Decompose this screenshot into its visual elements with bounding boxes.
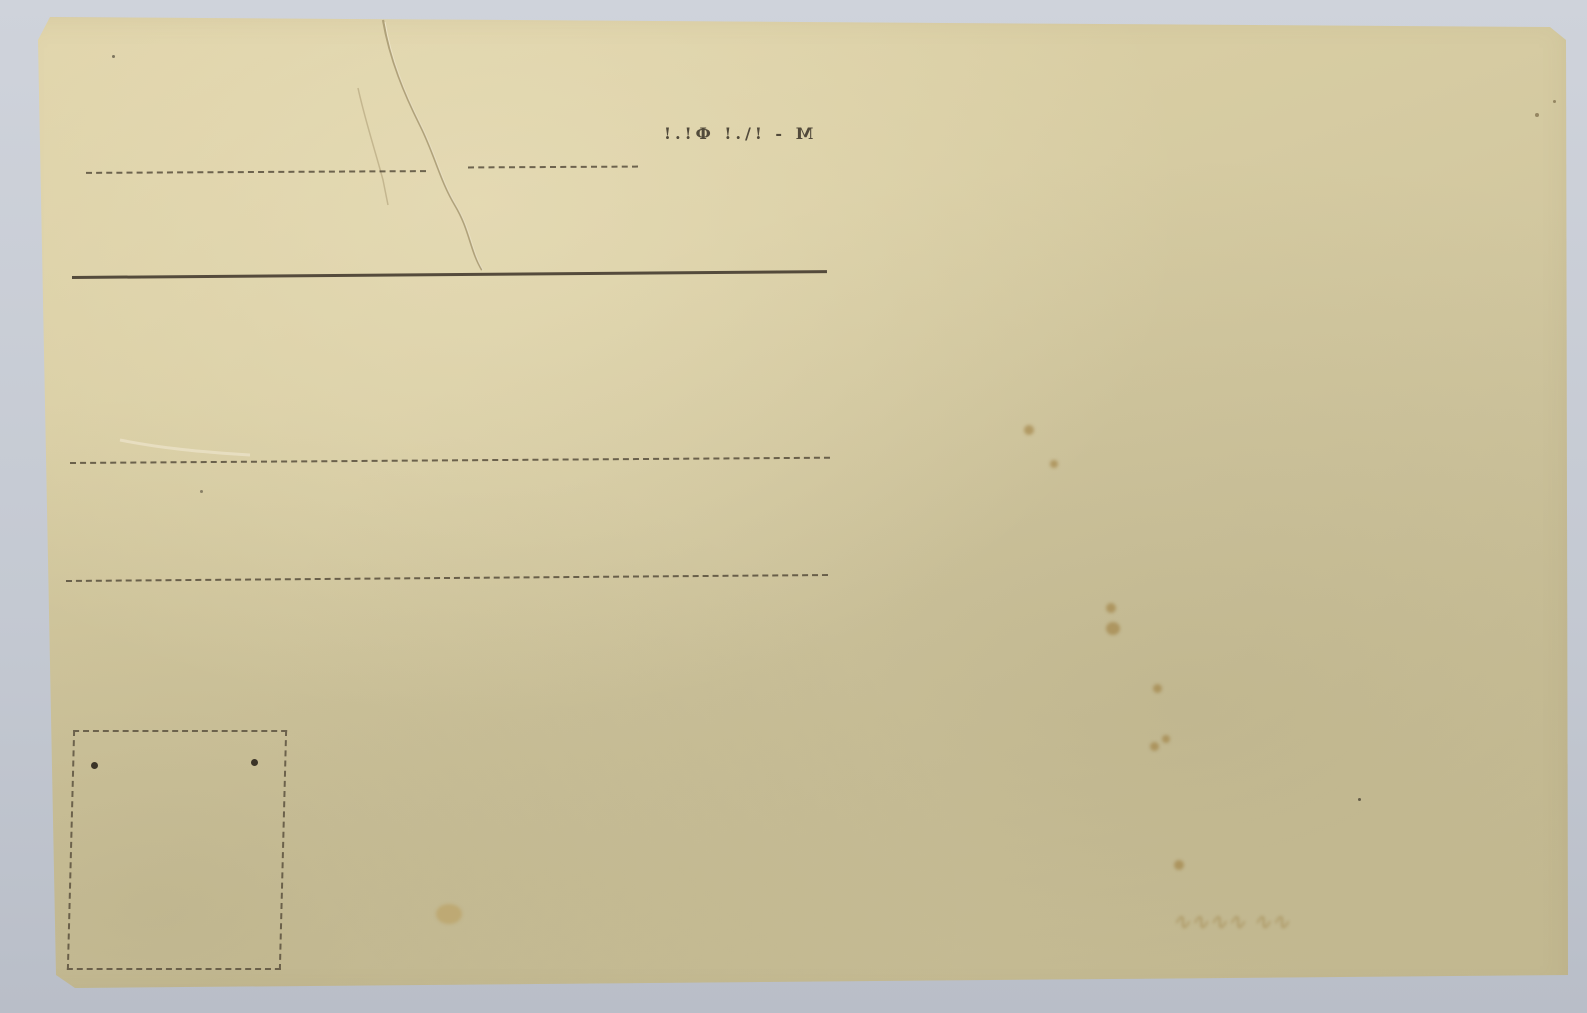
foxing-spot <box>1174 860 1184 870</box>
speck <box>112 55 115 58</box>
printed-header-text: M - !\.! Ф!.! <box>660 124 813 143</box>
speck <box>200 490 203 493</box>
foxing-spot <box>1150 742 1159 751</box>
speck <box>1535 113 1539 117</box>
stamp-box-dot-right <box>251 759 258 766</box>
foxing-spot <box>1050 460 1058 468</box>
stamp-box-dot-left <box>91 762 98 769</box>
stain-smudge: ∿∿∿∿ ∿∿ <box>1172 910 1290 935</box>
speck <box>1553 100 1556 103</box>
foxing-spot <box>1162 735 1170 743</box>
foxing-spot <box>436 904 462 924</box>
foxing-spot <box>1106 622 1120 635</box>
postcard-back: M - !\.! Ф!.! ∿∿∿∿ ∿∿ <box>0 0 1587 1013</box>
speck <box>1358 798 1361 801</box>
stamp-box-outline <box>67 730 287 970</box>
foxing-spot <box>1106 603 1116 613</box>
foxing-spot <box>1024 425 1034 435</box>
foxing-spot <box>1153 684 1162 693</box>
